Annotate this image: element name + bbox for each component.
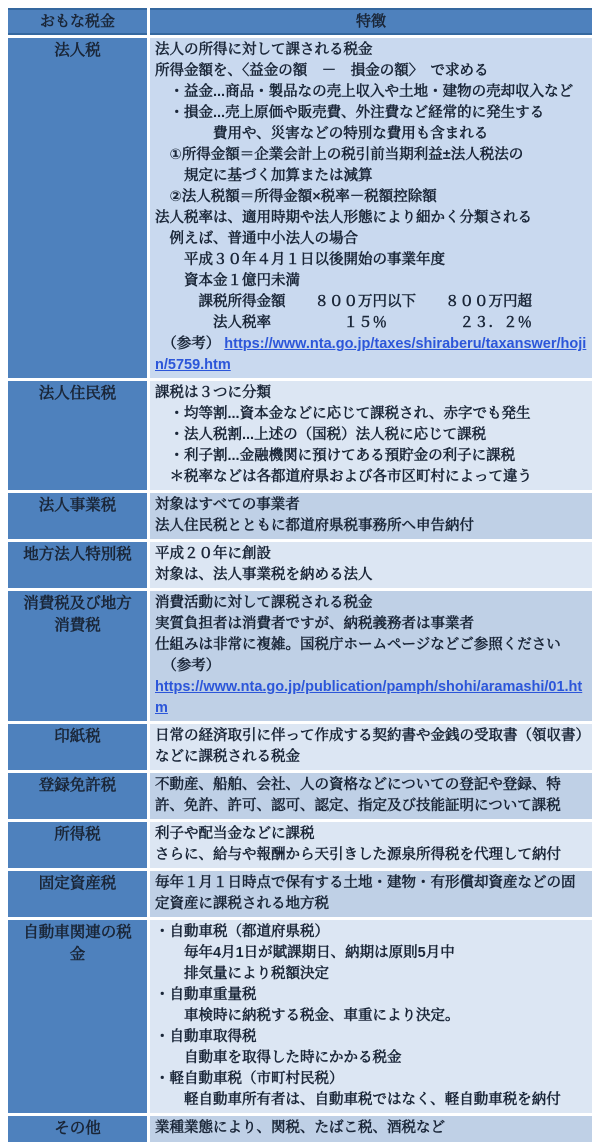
detail-text: 排気量により税額決定 <box>155 966 329 982</box>
detail-line: 排気量により税額決定 <box>155 964 587 985</box>
detail-line: ・自動車重量税 <box>155 985 587 1006</box>
column-header-features: 特徴 <box>150 8 592 35</box>
detail-line: 不動産、船舶、会社、人の資格などについての登記や登録、特許、免許、許可、認可、認… <box>155 775 587 817</box>
detail-line: 例えば、普通中小法人の場合 <box>155 229 587 250</box>
detail-line: ・利子割...金融機関に預けてある預貯金の利子に課税 <box>155 446 587 467</box>
detail-text: 軽自動車所有者は、自動車税ではなく、軽自動車税を納付 <box>155 1092 561 1108</box>
tax-name-cell: 法人事業税 <box>8 493 147 539</box>
detail-line: 対象は、法人事業税を納める法人 <box>155 565 587 586</box>
detail-text: 業種業態により、関税、たばこ税、酒税など <box>155 1120 445 1136</box>
detail-text: 日常の経済取引に伴って作成する契約書や金銭の受取書（領収書）などに課税される税金 <box>155 728 583 765</box>
detail-line: 費用や、災害などの特別な費用も含まれる <box>155 124 587 145</box>
detail-text: 対象はすべての事業者 <box>155 497 300 513</box>
detail-text: ・自動車取得税 <box>155 1029 257 1045</box>
column-header-main-taxes: おもな税金 <box>8 8 147 35</box>
detail-text: 法人住民税とともに都道府県税事務所へ申告納付 <box>155 518 474 534</box>
detail-line: 対象はすべての事業者 <box>155 495 587 516</box>
detail-text: 平成３０年４月１日以後開始の事業年度 <box>155 252 445 268</box>
detail-text: ・自動車重量税 <box>155 987 257 1003</box>
detail-text: ・法人税割...上述の（国税）法人税に応じて課税 <box>155 427 486 443</box>
detail-text: ・軽自動車税（市町村民税） <box>155 1071 344 1087</box>
tax-name-cell: その他 <box>8 1116 147 1142</box>
detail-text: 課税所得金額 ８００万円以下 ８００万円超 <box>155 294 532 310</box>
detail-line: 平成３０年４月１日以後開始の事業年度 <box>155 250 587 271</box>
tax-detail-cell: 毎年１月１日時点で保有する土地・建物・有形償却資産などの固定資産に課税される地方… <box>150 871 592 917</box>
detail-line: 法人税率 １５％ ２３．２％ <box>155 313 587 334</box>
detail-line: ・法人税割...上述の（国税）法人税に応じて課税 <box>155 425 587 446</box>
detail-line: 仕組みは非常に複雑。国税庁ホームページなどご参照ください <box>155 635 587 656</box>
tax-name-cell: 所得税 <box>8 822 147 868</box>
detail-text: ②法人税額＝所得金額×税率－税額控除額 <box>155 189 437 205</box>
detail-line: 法人の所得に対して課される税金 <box>155 40 587 61</box>
tax-name-cell: 印紙税 <box>8 724 147 770</box>
detail-text: 自動車を取得した時にかかる税金 <box>155 1050 402 1066</box>
detail-line: 所得金額を、〈益金の額 － 損金の額〉 で求める <box>155 61 587 82</box>
detail-line: 利子や配当金などに課税 <box>155 824 587 845</box>
tax-name-cell: 自動車関連の税金 <box>8 920 147 1113</box>
detail-line: 法人住民税とともに都道府県税事務所へ申告納付 <box>155 516 587 537</box>
detail-text: さらに、給与や報酬から天引きした源泉所得税を代理して納付 <box>155 847 561 863</box>
tax-name-cell: 消費税及び地方消費税 <box>8 591 147 721</box>
detail-text: 課税は３つに分類 <box>155 385 271 401</box>
detail-line: さらに、給与や報酬から天引きした源泉所得税を代理して納付 <box>155 845 587 866</box>
detail-text: 法人の所得に対して課される税金 <box>155 42 373 58</box>
detail-line: 軽自動車所有者は、自動車税ではなく、軽自動車税を納付 <box>155 1090 587 1111</box>
detail-line: 実質負担者は消費者ですが、納税義務者は事業者 <box>155 614 587 635</box>
detail-text: 毎年１月１日時点で保有する土地・建物・有形償却資産などの固定資産に課税される地方… <box>155 875 576 912</box>
detail-line: 消費活動に対して課税される税金 <box>155 593 587 614</box>
detail-line: ・益金...商品・製品なの売上収入や土地・建物の売却収入など <box>155 82 587 103</box>
column-header-main-taxes-label: おもな税金 <box>40 13 115 30</box>
detail-line: ②法人税額＝所得金額×税率－税額控除額 <box>155 187 587 208</box>
detail-line: ①所得金額＝企業会計上の税引前当期利益±法人税法の <box>155 145 587 166</box>
detail-line: 自動車を取得した時にかかる税金 <box>155 1048 587 1069</box>
detail-line: ・軽自動車税（市町村民税） <box>155 1069 587 1090</box>
tax-detail-cell: 平成２０年に創設対象は、法人事業税を納める法人 <box>150 542 592 588</box>
column-header-features-label: 特徴 <box>356 13 386 30</box>
detail-line: 毎年１月１日時点で保有する土地・建物・有形償却資産などの固定資産に課税される地方… <box>155 873 587 915</box>
tax-name-cell: 地方法人特別税 <box>8 542 147 588</box>
tax-detail-cell: 利子や配当金などに課税さらに、給与や報酬から天引きした源泉所得税を代理して納付 <box>150 822 592 868</box>
tax-name-cell: 固定資産税 <box>8 871 147 917</box>
detail-line: 毎年4月1日が賦課期日、納期は原則5月中 <box>155 943 587 964</box>
detail-text: ＊税率などは各都道府県および各市区町村によって違う <box>155 469 532 485</box>
detail-text: ・利子割...金融機関に預けてある預貯金の利子に課税 <box>155 448 515 464</box>
detail-line: https://www.nta.go.jp/publication/pamph/… <box>155 677 587 719</box>
tax-detail-cell: 業種業態により、関税、たばこ税、酒税など <box>150 1116 592 1142</box>
detail-line: 課税所得金額 ８００万円以下 ８００万円超 <box>155 292 587 313</box>
tax-detail-cell: 課税は３つに分類 ・均等割...資本金などに応じて課税され、赤字でも発生 ・法人… <box>150 381 592 490</box>
detail-text: ・損金...売上原価や販売費、外注費など経常的に発生する <box>155 105 544 121</box>
tax-detail-cell: ・自動車税（都道府県税） 毎年4月1日が賦課期日、納期は原則5月中 排気量により… <box>150 920 592 1113</box>
detail-line: 車検時に納税する税金、車重により決定。 <box>155 1006 587 1027</box>
detail-text: 消費活動に対して課税される税金 <box>155 595 373 611</box>
tax-detail-cell: 対象はすべての事業者法人住民税とともに都道府県税事務所へ申告納付 <box>150 493 592 539</box>
tax-detail-cell: 日常の経済取引に伴って作成する契約書や金銭の受取書（領収書）などに課税される税金 <box>150 724 592 770</box>
detail-text: 所得金額を、〈益金の額 － 損金の額〉 で求める <box>155 63 489 79</box>
tax-detail-cell: 不動産、船舶、会社、人の資格などについての登記や登録、特許、免許、許可、認可、認… <box>150 773 592 819</box>
tax-name-cell: 法人税 <box>8 38 147 378</box>
detail-text: 不動産、船舶、会社、人の資格などについての登記や登録、特許、免許、許可、認可、認… <box>155 777 561 814</box>
detail-line: ＊税率などは各都道府県および各市区町村によって違う <box>155 467 587 488</box>
detail-line: 日常の経済取引に伴って作成する契約書や金銭の受取書（領収書）などに課税される税金 <box>155 726 587 768</box>
detail-text: 対象は、法人事業税を納める法人 <box>155 567 373 583</box>
detail-text: 実質負担者は消費者ですが、納税義務者は事業者 <box>155 616 474 632</box>
detail-text: 毎年4月1日が賦課期日、納期は原則5月中 <box>155 945 455 961</box>
detail-text: 車検時に納税する税金、車重により決定。 <box>155 1008 460 1024</box>
external-link[interactable]: https://www.nta.go.jp/publication/pamph/… <box>155 679 582 716</box>
detail-line: ・均等割...資本金などに応じて課税され、赤字でも発生 <box>155 404 587 425</box>
detail-line: 業種業態により、関税、たばこ税、酒税など <box>155 1118 587 1139</box>
tax-detail-cell: 消費活動に対して課税される税金実質負担者は消費者ですが、納税義務者は事業者仕組み… <box>150 591 592 721</box>
detail-text: 仕組みは非常に複雑。国税庁ホームページなどご参照ください <box>155 637 561 653</box>
detail-line: 資本金１億円未満 <box>155 271 587 292</box>
detail-text: 利子や配当金などに課税 <box>155 826 315 842</box>
tax-summary-table: おもな税金 特徴 法人税法人の所得に対して課される税金所得金額を、〈益金の額 －… <box>8 8 592 1142</box>
detail-line: ・損金...売上原価や販売費、外注費など経常的に発生する <box>155 103 587 124</box>
detail-text: 資本金１億円未満 <box>155 273 300 289</box>
detail-line: （参考） https://www.nta.go.jp/taxes/shirabe… <box>155 334 587 376</box>
detail-text: ・益金...商品・製品なの売上収入や土地・建物の売却収入など <box>155 84 573 100</box>
detail-text: 費用や、災害などの特別な費用も含まれる <box>155 126 488 142</box>
tax-name-cell: 法人住民税 <box>8 381 147 490</box>
detail-text: ①所得金額＝企業会計上の税引前当期利益±法人税法の <box>155 147 523 163</box>
detail-text: 法人税率 １５％ ２３．２％ <box>155 315 532 331</box>
detail-text: 平成２０年に創設 <box>155 546 271 562</box>
detail-line: 平成２０年に創設 <box>155 544 587 565</box>
detail-line: 課税は３つに分類 <box>155 383 587 404</box>
tax-detail-cell: 法人の所得に対して課される税金所得金額を、〈益金の額 － 損金の額〉 で求める … <box>150 38 592 378</box>
detail-text: （参考） <box>155 658 220 674</box>
tax-name-cell: 登録免許税 <box>8 773 147 819</box>
detail-line: （参考） <box>155 656 587 677</box>
detail-line: 規定に基づく加算または減算 <box>155 166 587 187</box>
detail-line: ・自動車取得税 <box>155 1027 587 1048</box>
detail-text: （参考） <box>155 336 220 352</box>
detail-text: ・自動車税（都道府県税） <box>155 924 329 940</box>
external-link[interactable]: https://www.nta.go.jp/taxes/shiraberu/ta… <box>155 336 586 373</box>
detail-text: 法人税率は、適用時期や法人形態により細かく分類される <box>155 210 532 226</box>
detail-text: 例えば、普通中小法人の場合 <box>155 231 358 247</box>
detail-line: ・自動車税（都道府県税） <box>155 922 587 943</box>
detail-text: ・均等割...資本金などに応じて課税され、赤字でも発生 <box>155 406 530 422</box>
detail-line: 法人税率は、適用時期や法人形態により細かく分類される <box>155 208 587 229</box>
detail-text: 規定に基づく加算または減算 <box>155 168 373 184</box>
